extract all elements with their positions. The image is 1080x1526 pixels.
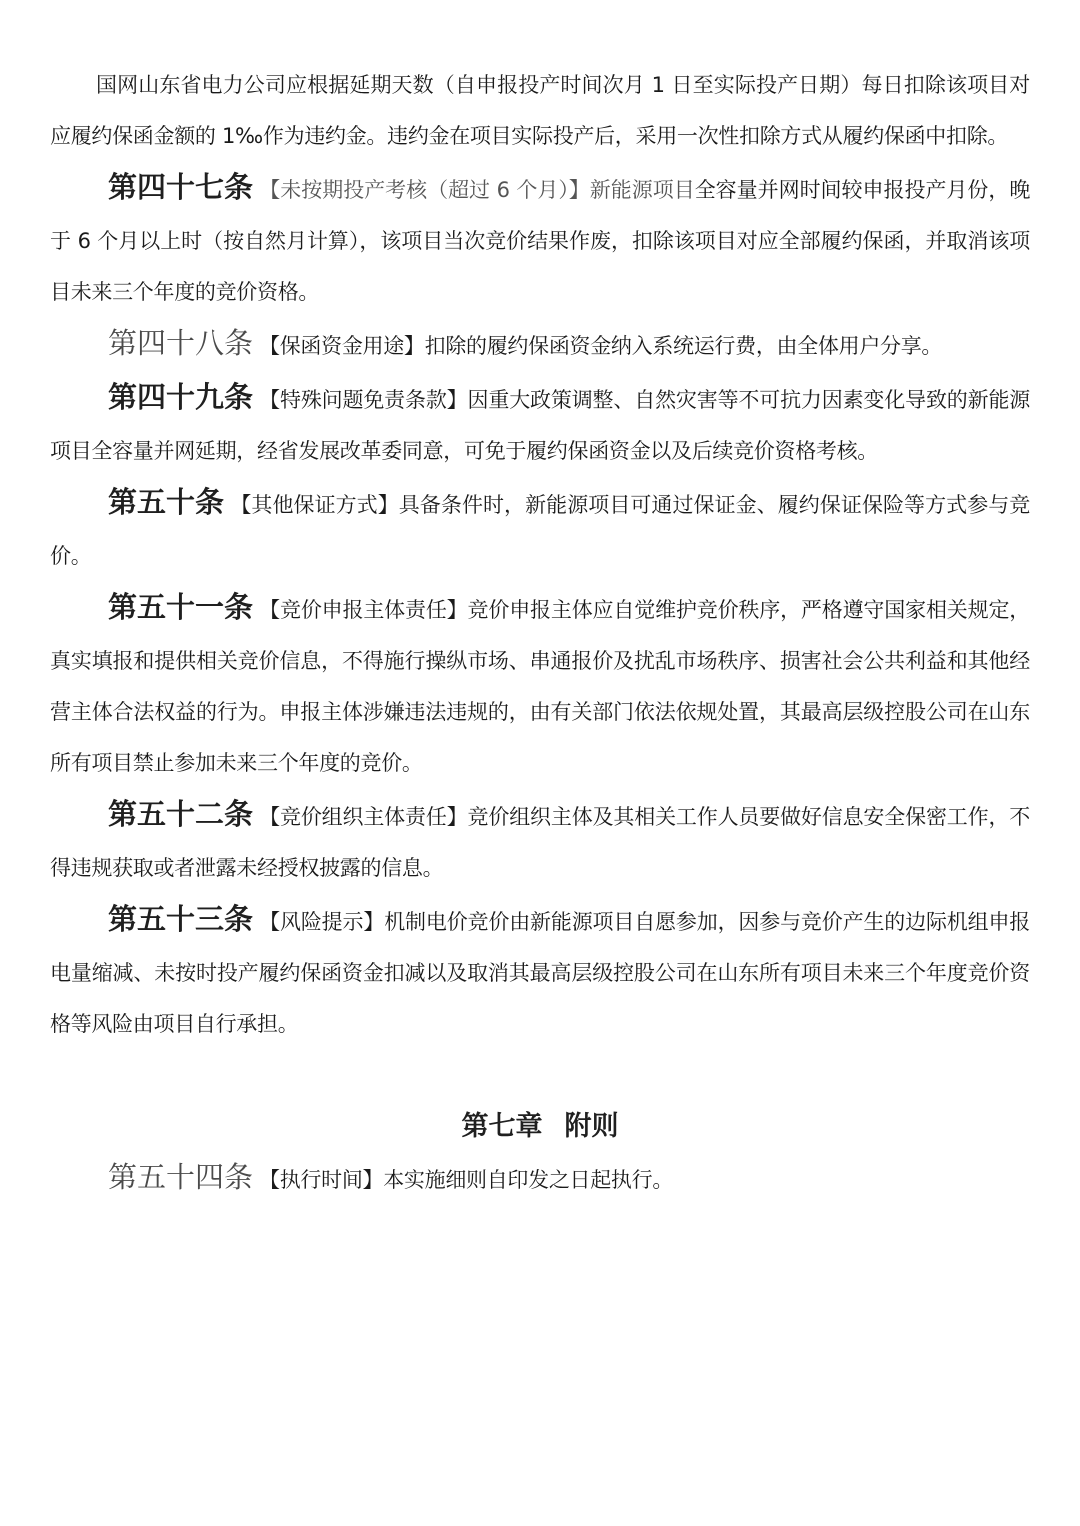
article-51: 第五十一条【竞价申报主体责任】竞价申报主体应自觉维护竞价秩序，严格遵守国家相关规… — [50, 582, 1030, 789]
article-number: 第四十八条 — [108, 318, 253, 369]
article-50: 第五十条【其他保证方式】具备条件时，新能源项目可通过保证金、履约保证保险等方式参… — [50, 477, 1030, 582]
chapter-title: 附则 — [565, 1111, 619, 1142]
intro-paragraph: 国网山东省电力公司应根据延期天数（自申报投产时间次月 1 日至实际投产日期）每日… — [50, 60, 1030, 162]
article-tag: 【其他保证方式】 — [230, 493, 399, 517]
article-tag: 【特殊问题免责条款】 — [259, 388, 468, 412]
article-53: 第五十三条【风险提示】机制电价竞价由新能源项目自愿参加，因参与竞价产生的边际机组… — [50, 894, 1030, 1050]
article-number: 第四十九条 — [108, 372, 253, 423]
article-body-lead: 新能源项目 — [590, 178, 695, 202]
document-page: 国网山东省电力公司应根据延期天数（自申报投产时间次月 1 日至实际投产日期）每日… — [50, 60, 1030, 1206]
article-body: 本实施细则自印发之日起执行。 — [383, 1168, 673, 1192]
article-number: 第五十四条 — [108, 1152, 253, 1203]
article-49: 第四十九条【特殊问题免责条款】因重大政策调整、自然灾害等不可抗力因素变化导致的新… — [50, 372, 1030, 477]
article-tag: 【竞价申报主体责任】 — [259, 598, 468, 622]
chapter-number: 第七章 — [462, 1111, 543, 1142]
article-number: 第五十一条 — [108, 582, 253, 633]
article-48: 第四十八条【保函资金用途】扣除的履约保函资金纳入系统运行费，由全体用户分享。 — [50, 318, 1030, 372]
article-number: 第五十二条 — [108, 789, 253, 840]
article-number: 第五十条 — [108, 477, 224, 528]
chapter-heading: 第七章附则 — [50, 1101, 1030, 1152]
article-number: 第四十七条 — [108, 162, 253, 213]
article-tag: 【竞价组织主体责任】 — [259, 805, 468, 829]
article-52: 第五十二条【竞价组织主体责任】竞价组织主体及其相关工作人员要做好信息安全保密工作… — [50, 789, 1030, 894]
article-54: 第五十四条【执行时间】本实施细则自印发之日起执行。 — [50, 1152, 1030, 1206]
article-47: 第四十七条【未按期投产考核（超过 6 个月）】新能源项目全容量并网时间较申报投产… — [50, 162, 1030, 318]
article-number: 第五十三条 — [108, 894, 253, 945]
article-tag: 【风险提示】 — [259, 910, 384, 934]
article-tag: 【执行时间】 — [259, 1168, 383, 1192]
article-tag: 【未按期投产考核（超过 6 个月）】 — [259, 178, 590, 202]
article-tag: 【保函资金用途】 — [259, 334, 425, 358]
article-body: 扣除的履约保函资金纳入系统运行费，由全体用户分享。 — [425, 334, 943, 358]
